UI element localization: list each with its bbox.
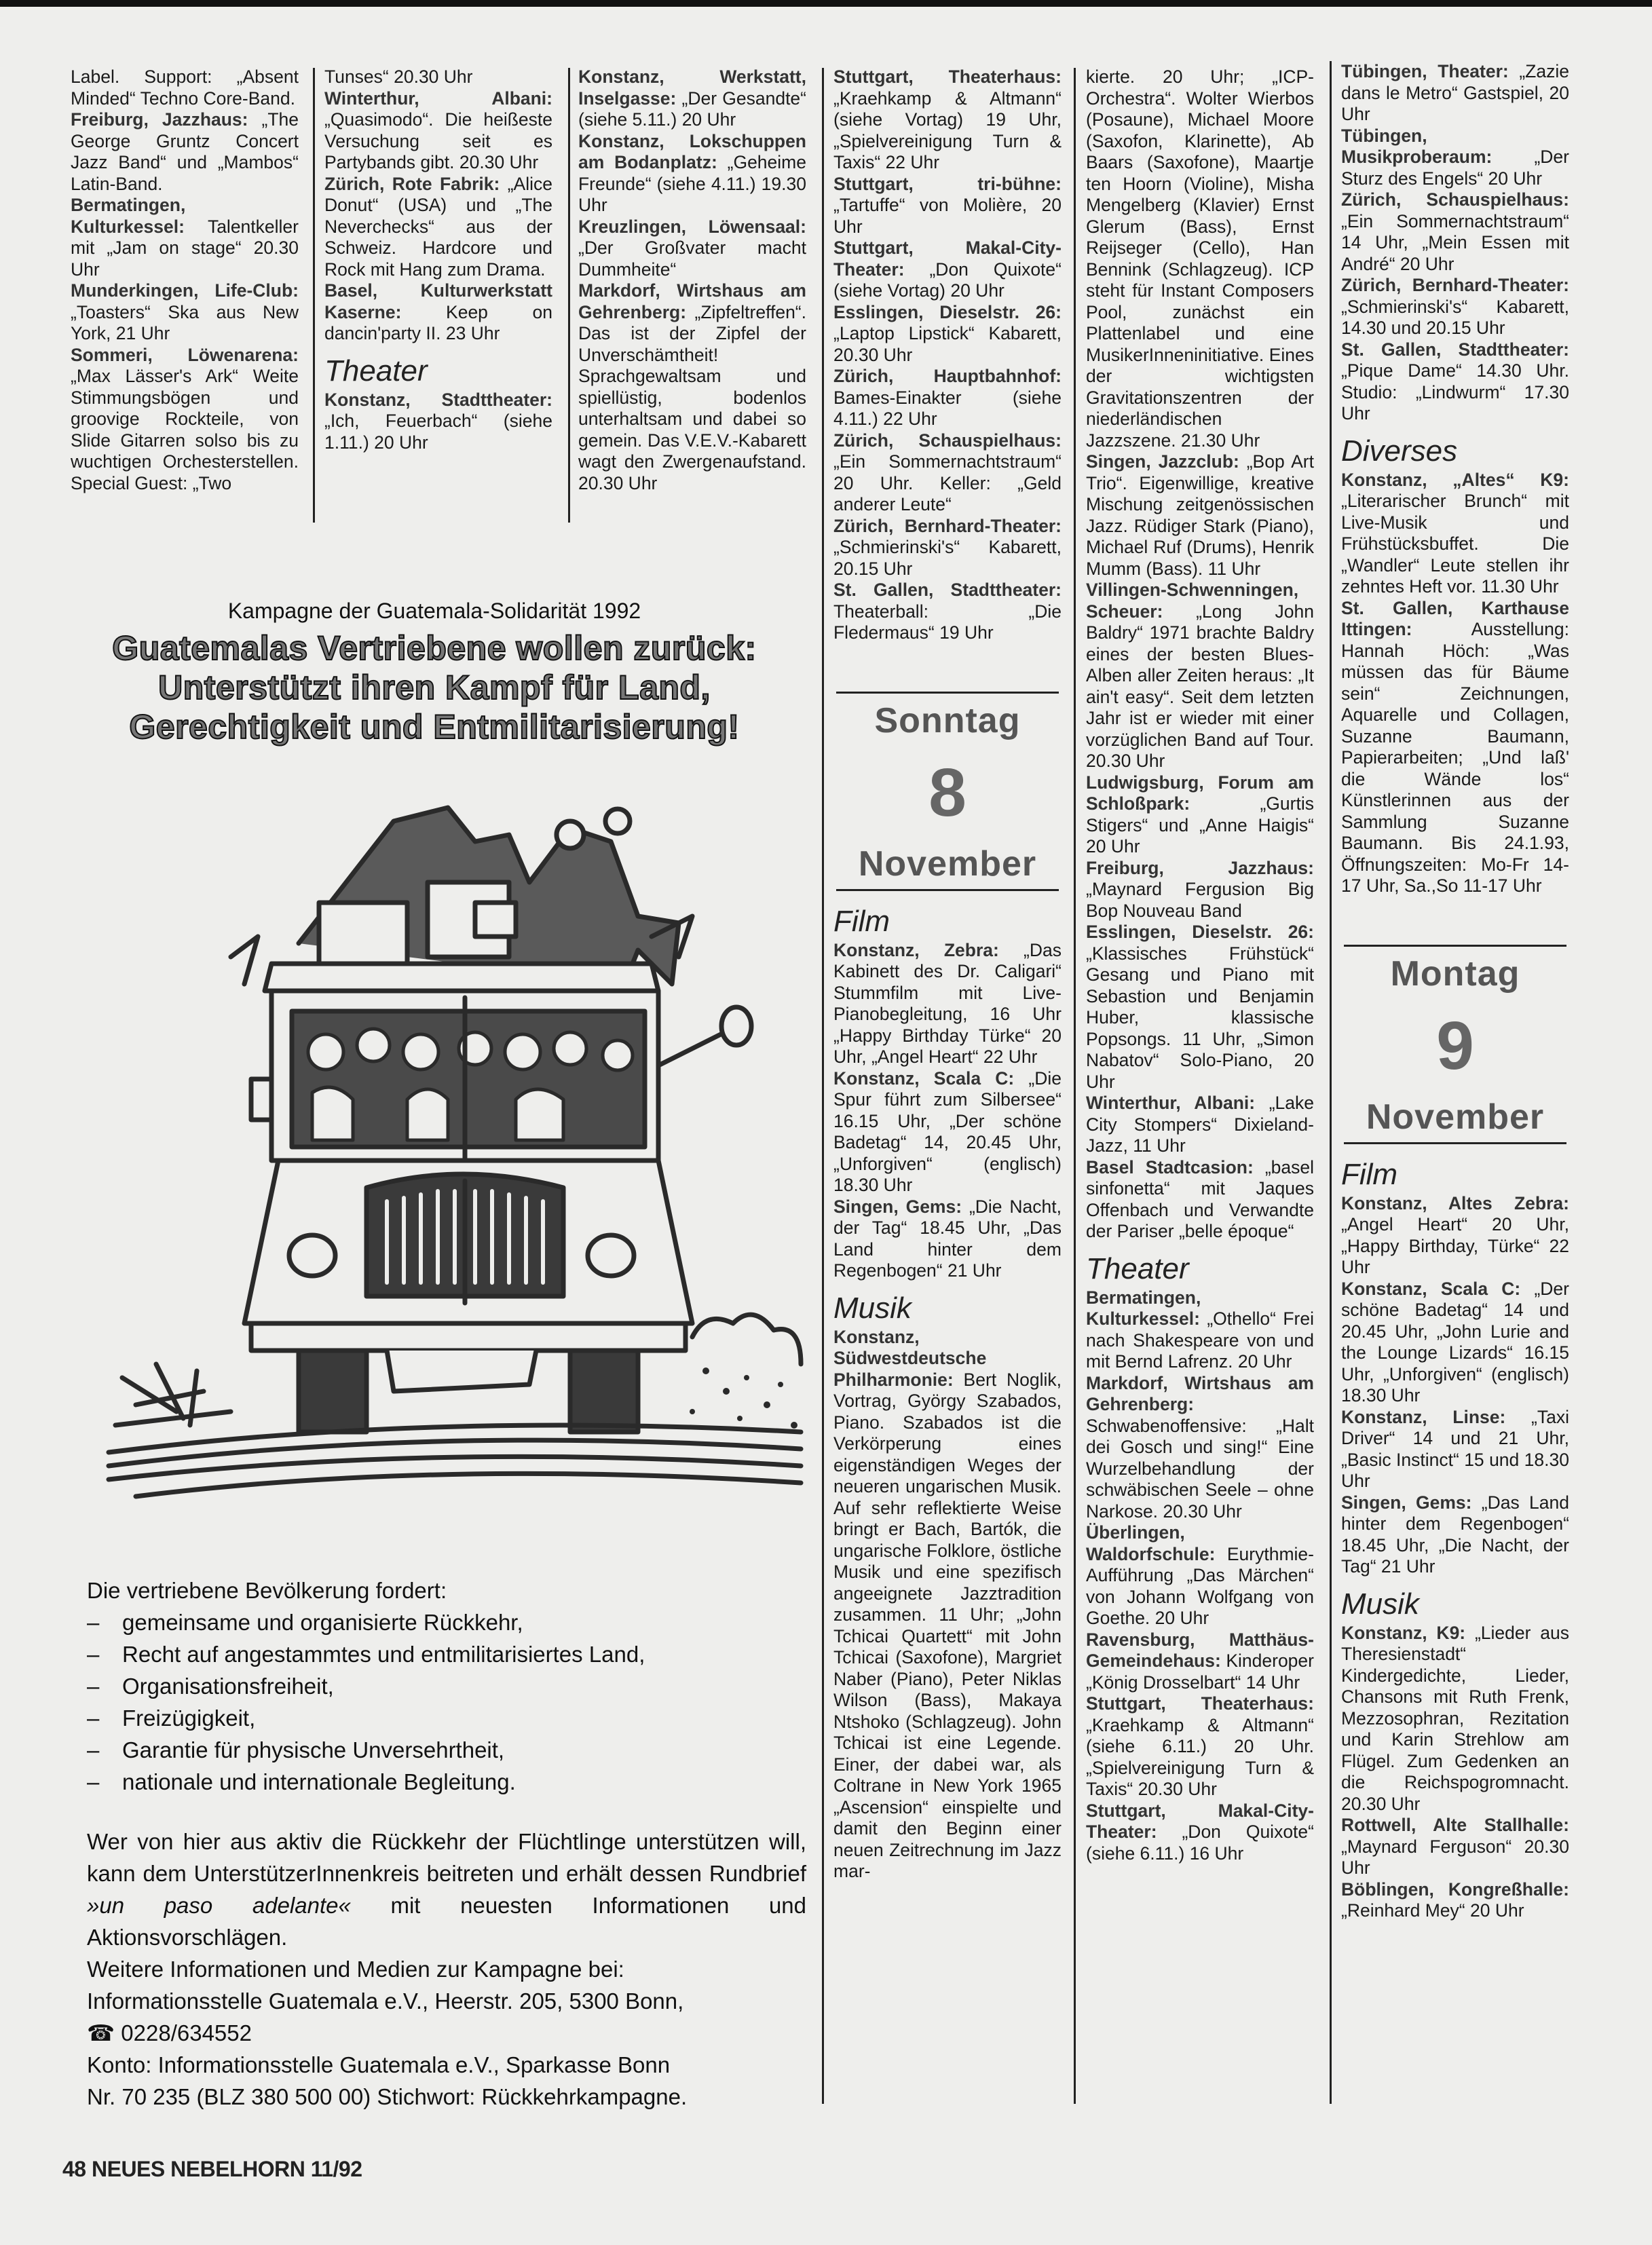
event-text: „Maynard Fergusion Big Bop Nouveau Band	[1086, 879, 1314, 921]
day-header: Montag9November	[1341, 945, 1569, 1144]
listing-column-1: Label. Support: „Absent Minded“ Techno C…	[71, 67, 299, 494]
ad-body-paragraph: Wer von hier aus aktiv die Rückkehr der …	[87, 1826, 806, 1953]
account-line: Konto: Informationsstelle Guatemala e.V.…	[87, 2049, 806, 2081]
listing-entry: Konstanz, K9: „Lieder aus Theresienstadt…	[1341, 1623, 1569, 1815]
event-text: „Pique Dame“ 14.30 Uhr. Studio: „Lindwur…	[1341, 360, 1569, 423]
listing-entry: Stuttgart, Theaterhaus: „Kraehkamp & Alt…	[1086, 1693, 1314, 1800]
venue-label: Freiburg, Jazzhaus:	[71, 109, 248, 130]
venue-label: St. Gallen, Stadttheater:	[833, 580, 1062, 600]
venue-label: Bermatingen, Kulturkessel:	[71, 195, 185, 237]
venue-label: Tübingen, Musikproberaum:	[1341, 126, 1492, 168]
listing-entry: Zürich, Rote Fabrik: „Alice Donut“ (USA)…	[324, 174, 552, 281]
venue-label: Tübingen, Theater:	[1341, 61, 1509, 81]
listing-entry: Zürich, Schauspielhaus: „Ein Sommernacht…	[1341, 189, 1569, 275]
listing-entry: St. Gallen, Stadttheater: „Pique Dame“ 1…	[1341, 339, 1569, 425]
page-footer: 48 NEUES NEBELHORN 11/92	[62, 2157, 362, 2182]
venue-label: Esslingen, Dieselstr. 26:	[833, 302, 1062, 322]
listing-column-2: Tunses“ 20.30 UhrWinterthur, Albani: „Qu…	[324, 67, 552, 453]
weekday: Sonntag	[833, 699, 1062, 742]
venue-label: Stuttgart, Theaterhaus:	[1086, 1693, 1314, 1714]
listing-entry: St. Gallen, Karthause Ittingen: Ausstell…	[1341, 598, 1569, 897]
venue-label: Esslingen, Dieselstr. 26:	[1086, 922, 1314, 942]
listing-entry: Basel Stadtcasion: „basel sinfonetta“ mi…	[1086, 1157, 1314, 1243]
body-text: Wer von hier aus aktiv die Rückkehr der …	[87, 1829, 806, 1886]
listing-entry: Ludwigsburg, Forum am Schloßpark: „Gurti…	[1086, 772, 1314, 858]
listing-entry: Konstanz, Lokschuppen am Bodanplatz: „Ge…	[578, 131, 806, 216]
venue-label: Basel Stadtcasion:	[1086, 1157, 1254, 1177]
event-text: „Angel Heart“ 20 Uhr, „Happy Birthday, T…	[1341, 1214, 1569, 1277]
listing-entry: Stuttgart, Makal-City-Theater: „Don Quix…	[1086, 1800, 1314, 1865]
venue-label: Singen, Gems:	[1341, 1492, 1471, 1513]
demand-item: Organisationsfreiheit,	[87, 1670, 806, 1702]
venue-label: Überlingen, Waldorfschule:	[1086, 1522, 1215, 1564]
venue-label: Singen, Jazzclub:	[1086, 451, 1239, 472]
demands-list: gemeinsame und organisierte Rückkehr, Re…	[87, 1606, 806, 1798]
day-rule	[836, 889, 1059, 891]
listing-entry: Zürich, Schauspielhaus: „Ein Sommernacht…	[833, 430, 1062, 516]
listing-column-5: kierte. 20 Uhr; „ICP-Orchestra“. Wolter …	[1086, 67, 1314, 1864]
event-text: „Quasimodo“. Die heißeste Versuchung sei…	[324, 109, 552, 172]
listing-entry: Freiburg, Jazzhaus: „The George Gruntz C…	[71, 109, 299, 195]
venue-label: Konstanz, Zebra:	[833, 940, 999, 960]
section-heading: Musik	[1341, 1587, 1569, 1621]
listing-column-6: Tübingen, Theater: „Zazie dans le Metro“…	[1341, 61, 1569, 1922]
day-number: 8	[833, 752, 1062, 833]
listing-entry: Konstanz, Linse: „Taxi Driver“ 14 und 21…	[1341, 1407, 1569, 1492]
venue-label: Freiburg, Jazzhaus:	[1086, 858, 1314, 878]
section-heading: Diverses	[1341, 434, 1569, 468]
venue-label: Zürich, Schauspielhaus:	[1341, 189, 1569, 210]
event-text: „Lieder aus Theresienstadt“ Kindergedich…	[1341, 1623, 1569, 1814]
listing-entry: Esslingen, Dieselstr. 26: „Laptop Lipsti…	[833, 302, 1062, 366]
listing-entry: Stuttgart, Makal-City-Theater: „Don Quix…	[833, 238, 1062, 302]
venue-label: Stuttgart, tri-bühne:	[833, 174, 1062, 194]
event-text: Tunses“ 20.30 Uhr	[324, 67, 472, 87]
venue-label: Bermatingen, Kulturkessel:	[1086, 1287, 1201, 1329]
listing-entry: Singen, Gems: „Die Nacht, der Tag“ 18.45…	[833, 1196, 1062, 1282]
demand-item: gemeinsame und organisierte Rückkehr,	[87, 1606, 806, 1638]
listing-entry: Konstanz, Altes Zebra: „Angel Heart“ 20 …	[1341, 1193, 1569, 1279]
event-text: „Laptop Lipstick“ Kabarett, 20.30 Uhr	[833, 323, 1062, 365]
ad-body: Wer von hier aus aktiv die Rückkehr der …	[87, 1826, 806, 2113]
weekday: Montag	[1341, 952, 1569, 996]
section-heading: Film	[833, 905, 1062, 939]
venue-label: Sommeri, Löwenarena:	[71, 345, 299, 365]
venue-label: Rottwell, Alte Stallhalle:	[1341, 1815, 1569, 1835]
refugee-truck-illustration	[95, 780, 814, 1513]
ad-headline-line: Gerechtigkeit und Entmilitarisierung!	[68, 707, 801, 747]
event-text: „Ich, Feuerbach“ (siehe 1.11.) 20 Uhr	[324, 411, 552, 453]
listing-entry: Markdorf, Wirtshaus am Gehrenberg: „Zipf…	[578, 280, 806, 494]
venue-label: Winterthur, Albani:	[1086, 1093, 1255, 1113]
listing-entry: Konstanz, Zebra: „Das Kabinett des Dr. C…	[833, 940, 1062, 1068]
event-text: „Zipfeltreffen“. Das ist der Zipfel der …	[578, 302, 806, 493]
event-text: „Schmierinski's“ Kabarett, 14.30 und 20.…	[1341, 297, 1569, 339]
guatemala-campaign-ad: Kampagne der Guatemala-Solidarität 1992 …	[68, 584, 801, 2104]
venue-label: Konstanz, Stadttheater:	[324, 390, 552, 410]
day-number: 9	[1341, 1005, 1569, 1087]
listing-entry: Konstanz, Scala C: „Der schöne Badetag“ …	[1341, 1279, 1569, 1407]
phone-icon: ☎	[87, 2020, 115, 2045]
venue-label: Markdorf, Wirtshaus am Gehrenberg:	[1086, 1373, 1314, 1415]
listing-entry: Tunses“ 20.30 Uhr	[324, 67, 552, 88]
listing-entry: Rottwell, Alte Stallhalle: „Maynard Ferg…	[1341, 1815, 1569, 1879]
venue-label: St. Gallen, Stadttheater:	[1341, 339, 1569, 360]
day-rule	[836, 692, 1059, 694]
listing-entry: Bermatingen, Kulturkessel: Talentkeller …	[71, 195, 299, 280]
listing-entry: Böblingen, Kongreßhalle: „Reinhard Mey“ …	[1341, 1879, 1569, 1922]
day-header: Sonntag8November	[833, 692, 1062, 891]
event-text: „Kraehkamp & Altmann“ (siehe 6.11.) 20 U…	[1086, 1715, 1314, 1800]
event-text: Label. Support: „Absent Minded“ Techno C…	[71, 67, 299, 109]
event-text: Bert Noglik, Vortrag, György Szabados, P…	[833, 1370, 1062, 1882]
demand-item: Freizügigkeit,	[87, 1702, 806, 1734]
ad-headline-line: Guatemalas Vertriebene wollen zurück:	[68, 628, 801, 668]
section-heading: Musik	[833, 1291, 1062, 1325]
listing-entry: Konstanz, Stadttheater: „Ich, Feuerbach“…	[324, 390, 552, 454]
column-divider	[1330, 61, 1332, 2104]
event-text: „Der Großvater macht Dummheite“	[578, 238, 806, 280]
event-text: „Max Lässer's Ark“ Weite Stimmungsbögen …	[71, 366, 299, 493]
listing-entry: Konstanz, „Altes“ K9: „Literarischer Bru…	[1341, 470, 1569, 598]
listing-entry: St. Gallen, Stadttheater: Theaterball: „…	[833, 580, 1062, 644]
venue-label: Konstanz, Scala C:	[1341, 1279, 1520, 1299]
event-text: kierte. 20 Uhr; „ICP-Orchestra“. Wolter …	[1086, 67, 1314, 451]
event-text: „Ein Sommernachtstraum“ 14 Uhr, „Mein Es…	[1341, 211, 1569, 274]
listing-entry: Stuttgart, Theaterhaus: „Kraehkamp & Alt…	[833, 67, 1062, 174]
listing-entry: Sommeri, Löwenarena: „Max Lässer's Ark“ …	[71, 345, 299, 495]
listing-column-3: Konstanz, Werkstatt, Inselgasse: „Der Ge…	[578, 67, 806, 494]
event-text: Ausstellung: Hannah Höch: „Was müssen da…	[1341, 619, 1569, 896]
listing-entry: Zürich, Bernhard-Theater: „Schmierinski'…	[1341, 275, 1569, 339]
event-text: Bames-Einakter (siehe 4.11.) 22 Uhr	[833, 388, 1062, 430]
ad-demands: Die vertriebene Bevölkerung fordert: gem…	[87, 1574, 806, 1798]
listing-entry: Esslingen, Dieselstr. 26: „Klassisches F…	[1086, 922, 1314, 1093]
venue-label: Konstanz, Altes Zebra:	[1341, 1193, 1569, 1213]
listing-entry: Tübingen, Theater: „Zazie dans le Metro“…	[1341, 61, 1569, 126]
listing-entry: Ravensburg, Matthäus-Gemeindehaus: Kinde…	[1086, 1629, 1314, 1694]
section-heading: Theater	[324, 354, 552, 388]
venue-label: Konstanz, Linse:	[1341, 1407, 1505, 1427]
event-text: „Ein Sommernachtstraum“ 20 Uhr. Keller: …	[833, 451, 1062, 514]
event-text: „Reinhard Mey“ 20 Uhr	[1341, 1900, 1524, 1921]
column-divider	[313, 68, 315, 523]
listing-entry: Singen, Gems: „Das Land hinter dem Regen…	[1341, 1492, 1569, 1578]
venue-label: Konstanz, „Altes“ K9:	[1341, 470, 1569, 490]
demand-item: Garantie für physische Unversehrtheit,	[87, 1734, 806, 1766]
section-heading: Theater	[1086, 1252, 1314, 1286]
venue-label: Böblingen, Kongreßhalle:	[1341, 1879, 1569, 1900]
listing-entry: Winterthur, Albani: „Quasimodo“. Die hei…	[324, 88, 552, 174]
listing-entry: Stuttgart, tri-bühne: „Tartuffe“ von Mol…	[833, 174, 1062, 238]
ad-kicker: Kampagne der Guatemala-Solidarität 1992	[68, 597, 801, 624]
venue-label: Munderkingen, Life-Club:	[71, 280, 299, 301]
event-text: Theaterball: „Die Fledermaus“ 19 Uhr	[833, 601, 1062, 643]
phone-number: 0228/634552	[121, 2020, 252, 2045]
column-divider	[822, 68, 824, 2104]
venue-label: Stuttgart, Theaterhaus:	[833, 67, 1062, 87]
event-text: „Toasters“ Ska aus New York, 21 Uhr	[71, 302, 299, 344]
event-text: „Schmierinski's“ Kabarett, 20.15 Uhr	[833, 537, 1062, 579]
venue-label: Konstanz, K9:	[1341, 1623, 1465, 1643]
demand-item: nationale und internationale Begleitung.	[87, 1766, 806, 1798]
listing-entry: Munderkingen, Life-Club: „Toasters“ Ska …	[71, 280, 299, 345]
demands-intro: Die vertriebene Bevölkerung fordert:	[87, 1574, 806, 1606]
event-text: „Kraehkamp & Altmann“ (siehe Vortag) 19 …	[833, 88, 1062, 173]
listing-entry: Zürich, Hauptbahnhof: Bames-Einakter (si…	[833, 366, 1062, 430]
venue-label: Zürich, Rote Fabrik:	[324, 174, 500, 194]
listing-entry: Singen, Jazzclub: „Bop Art Trio“. Eigenw…	[1086, 451, 1314, 580]
venue-label: Kreuzlingen, Löwensaal:	[578, 216, 806, 237]
event-text: Schwabenoffensive: „Halt dei Gosch und s…	[1086, 1416, 1314, 1522]
event-text: „Maynard Ferguson“ 20.30 Uhr	[1341, 1836, 1569, 1879]
address-line: Informationsstelle Guatemala e.V., Heers…	[87, 1985, 806, 2017]
venue-label: Winterthur, Albani:	[324, 88, 552, 109]
listing-entry: Bermatingen, Kulturkessel: „Othello“ Fre…	[1086, 1287, 1314, 1373]
column-divider	[568, 68, 570, 523]
listing-entry: Freiburg, Jazzhaus: „Maynard Fergusion B…	[1086, 858, 1314, 922]
event-text: „Literarischer Brunch“ mit Live-Musik un…	[1341, 491, 1569, 597]
venue-label: Zürich, Schauspielhaus:	[833, 430, 1062, 451]
listing-column-4: Stuttgart, Theaterhaus: „Kraehkamp & Alt…	[833, 67, 1062, 1883]
listing-entry: Konstanz, Werkstatt, Inselgasse: „Der Ge…	[578, 67, 806, 131]
info-line: Weitere Informationen und Medien zur Kam…	[87, 1953, 806, 1985]
demand-item: Recht auf angestammtes und entmilitarisi…	[87, 1638, 806, 1670]
section-heading: Film	[1341, 1158, 1569, 1192]
column-divider	[1074, 68, 1076, 2104]
month: November	[1341, 1096, 1569, 1138]
venue-label: Zürich, Bernhard-Theater:	[833, 516, 1062, 536]
ad-headline-line: Unterstützt ihren Kampf für Land,	[68, 668, 801, 707]
venue-label: Singen, Gems:	[833, 1196, 962, 1217]
account-line: Nr. 70 235 (BLZ 380 500 00) Stichwort: R…	[87, 2081, 806, 2113]
listing-entry: kierte. 20 Uhr; „ICP-Orchestra“. Wolter …	[1086, 67, 1314, 451]
listing-entry: Basel, Kulturwerkstatt Kaserne: Keep on …	[324, 280, 552, 345]
listing-entry: Markdorf, Wirtshaus am Gehrenberg: Schwa…	[1086, 1373, 1314, 1523]
venue-label: Konstanz, Scala C:	[833, 1068, 1014, 1089]
day-rule	[1344, 945, 1566, 947]
listing-entry: Winterthur, Albani: „Lake City Stompers“…	[1086, 1093, 1314, 1157]
listing-entry: Kreuzlingen, Löwensaal: „Der Großvater m…	[578, 216, 806, 281]
listing-entry: Konstanz, Scala C: „Die Spur führt zum S…	[833, 1068, 1062, 1196]
event-text: „Tartuffe“ von Molière, 20 Uhr	[833, 195, 1062, 237]
phone-line: ☎ 0228/634552	[87, 2017, 806, 2049]
listing-entry: Überlingen, Waldorfschule: Eurythmie-Auf…	[1086, 1522, 1314, 1629]
day-rule	[1344, 1142, 1566, 1144]
month: November	[833, 843, 1062, 885]
venue-label: Zürich, Bernhard-Theater:	[1341, 275, 1569, 295]
listing-entry: Konstanz, Südwestdeutsche Philharmonie: …	[833, 1327, 1062, 1883]
top-edge-band	[0, 0, 1652, 7]
ad-headline: Guatemalas Vertriebene wollen zurück: Un…	[68, 628, 801, 747]
listing-entry: Zürich, Bernhard-Theater: „Schmierinski'…	[833, 516, 1062, 580]
venue-label: Zürich, Hauptbahnhof:	[833, 366, 1062, 386]
event-text: „Long John Baldry“ 1971 brachte Baldry e…	[1086, 601, 1314, 772]
event-text: „Klassisches Frühstück“ Gesang und Piano…	[1086, 943, 1314, 1092]
listing-entry: Villingen-Schwenningen, Scheuer: „Long J…	[1086, 580, 1314, 772]
listing-entry: Tübingen, Musikproberaum: „Der Sturz des…	[1341, 126, 1569, 190]
listing-entry: Label. Support: „Absent Minded“ Techno C…	[71, 67, 299, 109]
newsletter-title: »un paso adelante«	[87, 1893, 351, 1918]
